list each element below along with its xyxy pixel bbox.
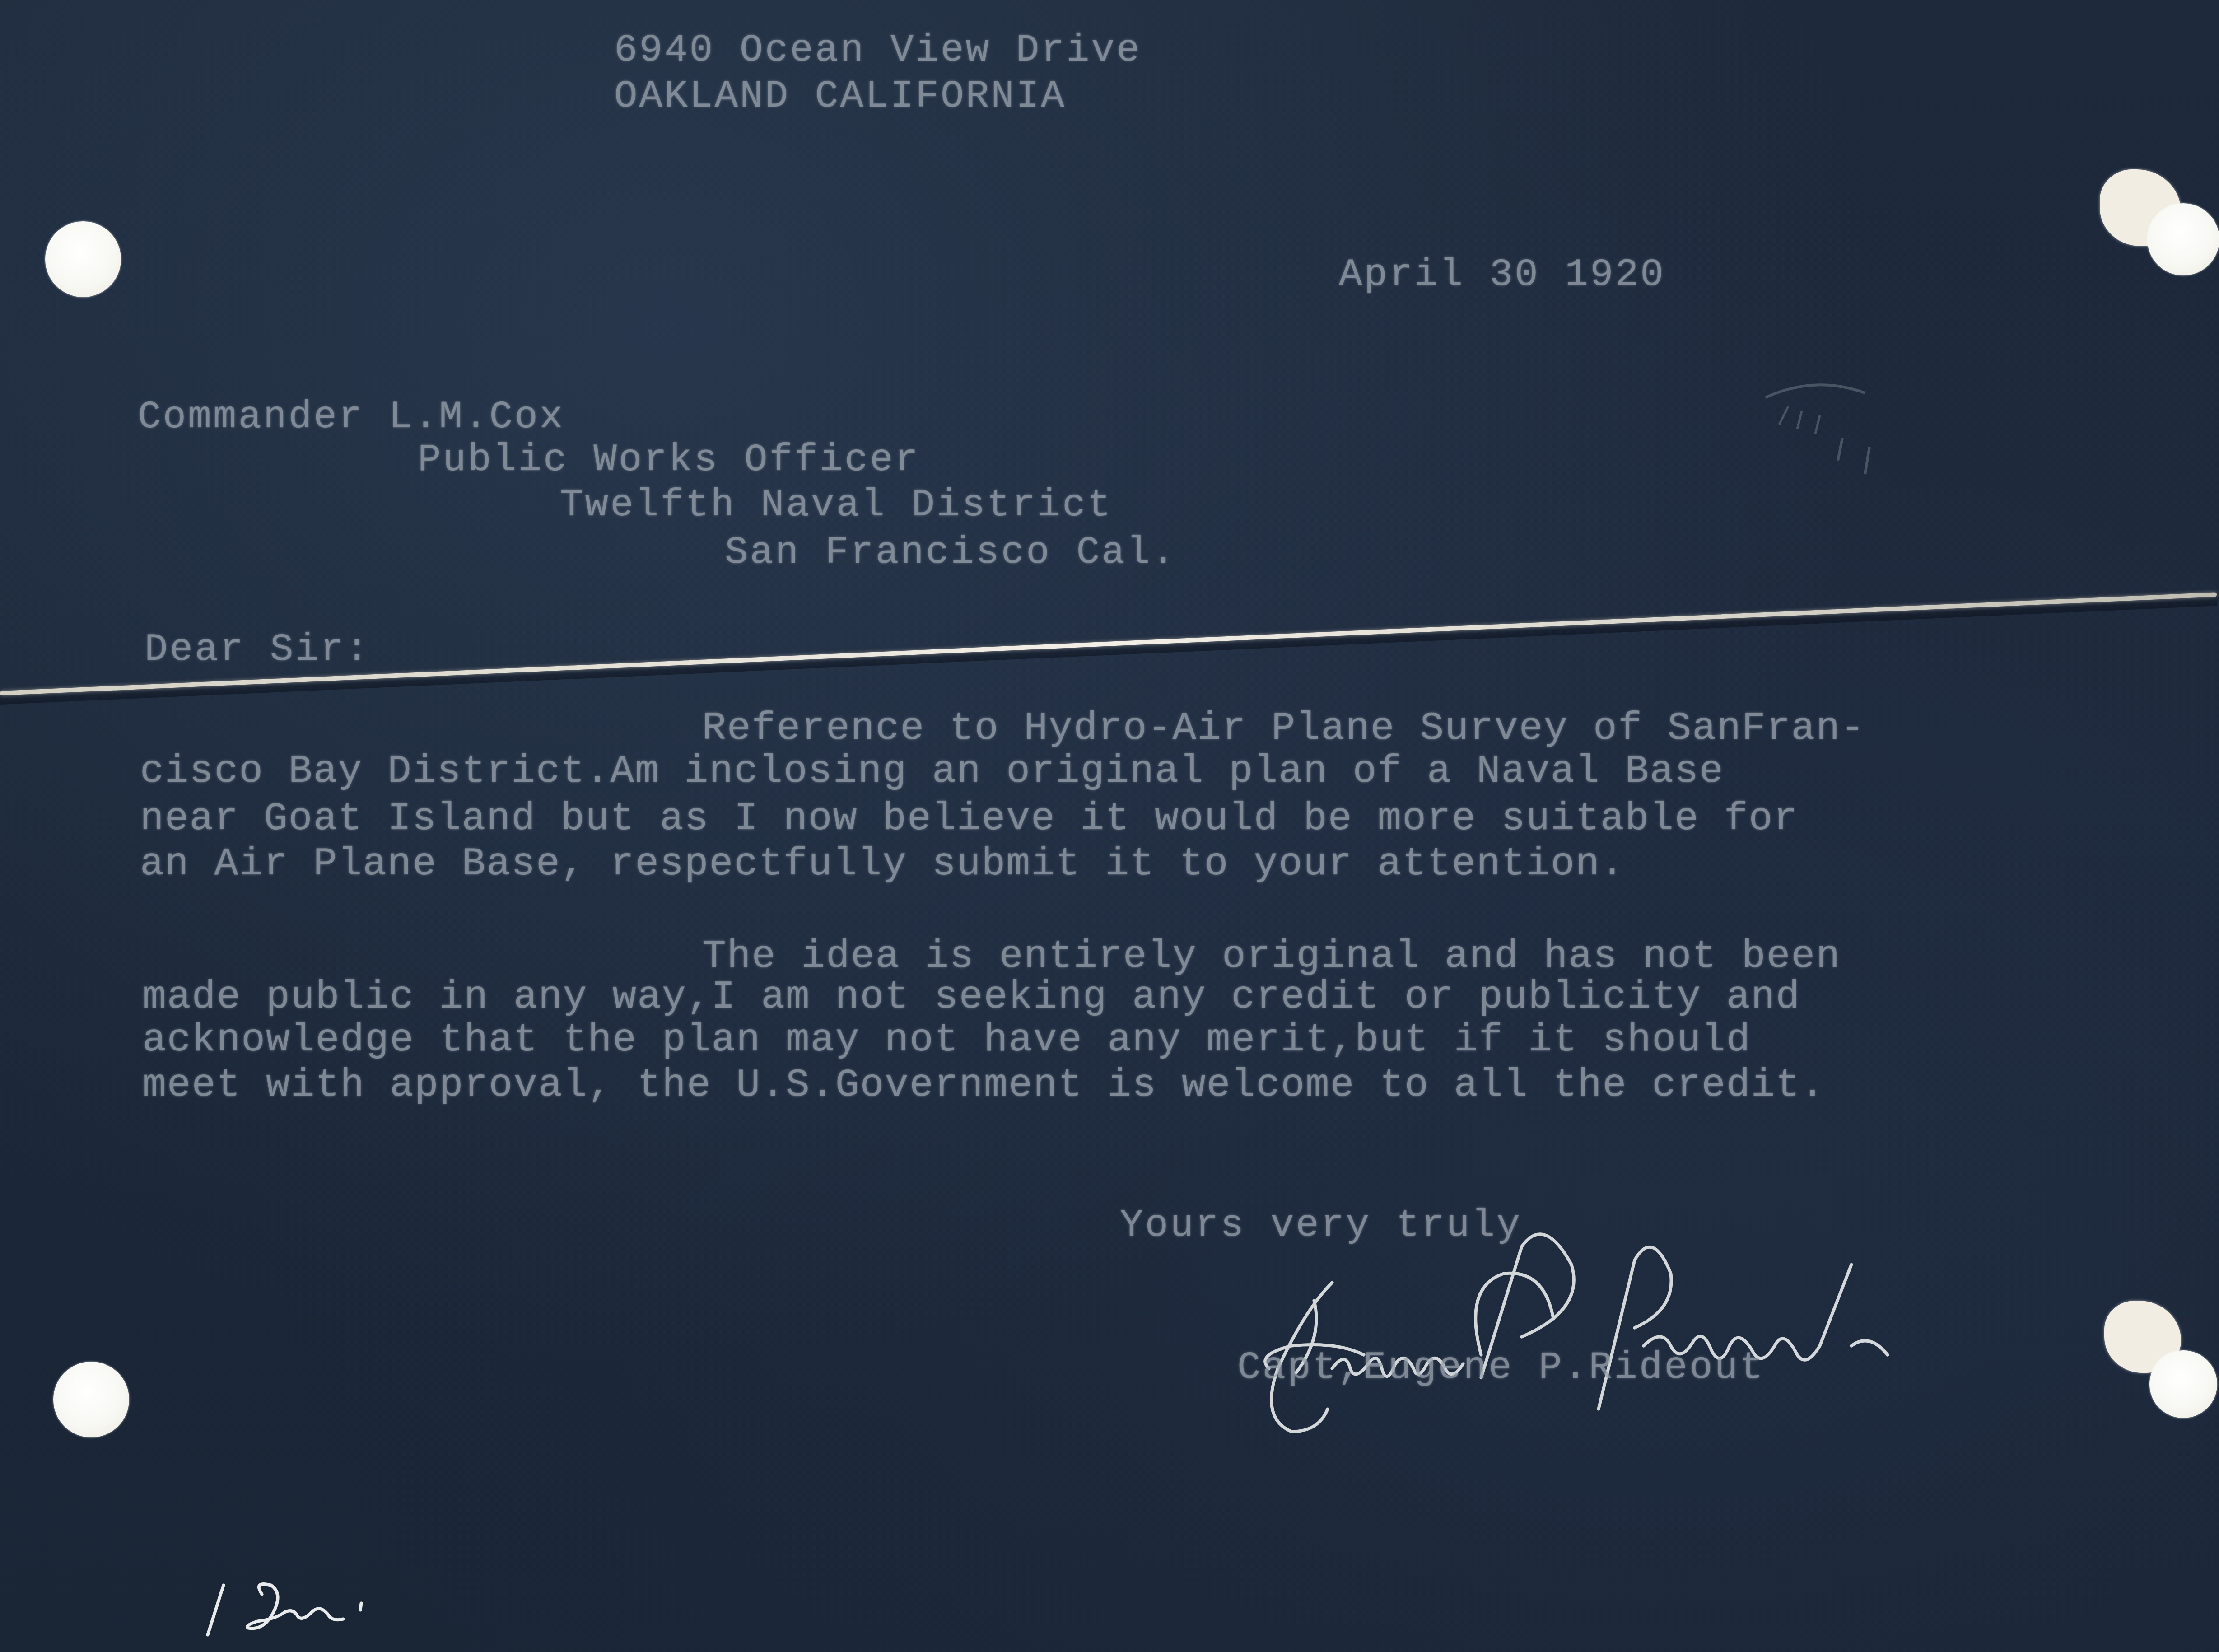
body-p1-line-2: cisco Bay District.Am inclosing an origi… — [140, 752, 1724, 792]
punch-hole-bottom-right — [2149, 1350, 2217, 1418]
faded-stamp-icon — [1748, 370, 1919, 488]
address-line-2: OAKLAND CALIFORNIA — [614, 77, 1066, 116]
body-p1-line-4: an Air Plane Base, respectfully submit i… — [140, 845, 1625, 884]
enclosure-handwritten-note — [181, 1576, 370, 1639]
body-p1-line-1: Reference to Hydro-Air Plane Survey of S… — [702, 709, 1865, 749]
recipient-line-4: San Francisco Cal. — [725, 533, 1177, 572]
body-p2-line-3: acknowledge that the plan may not have a… — [142, 1021, 1751, 1060]
punch-hole-top-right — [2147, 203, 2219, 275]
punch-hole-top-left — [45, 221, 121, 297]
typed-signatory-name: Capt,Eugene P.Rideout — [1237, 1348, 1765, 1387]
address-line-1: 6940 Ocean View Drive — [614, 31, 1142, 70]
letter-sheet: 6940 Ocean View Drive OAKLAND CALIFORNIA… — [0, 0, 2219, 1652]
recipient-line-2: Public Works Officer — [418, 440, 920, 479]
body-p1-line-3: near Goat Island but as I now believe it… — [140, 799, 1798, 839]
body-p2-line-1: The idea is entirely original and has no… — [702, 937, 1841, 977]
recipient-line-1: Commander L.M.Cox — [138, 397, 564, 436]
letter-date: April 30 1920 — [1339, 255, 1665, 294]
recipient-line-3: Twelfth Naval District — [560, 485, 1112, 524]
body-p2-line-4: meet with approval, the U.S.Government i… — [142, 1066, 1825, 1106]
salutation: Dear Sir: — [145, 630, 370, 669]
body-p2-line-2: made public in any way,I am not seeking … — [142, 978, 1800, 1017]
punch-hole-bottom-left — [53, 1362, 129, 1437]
